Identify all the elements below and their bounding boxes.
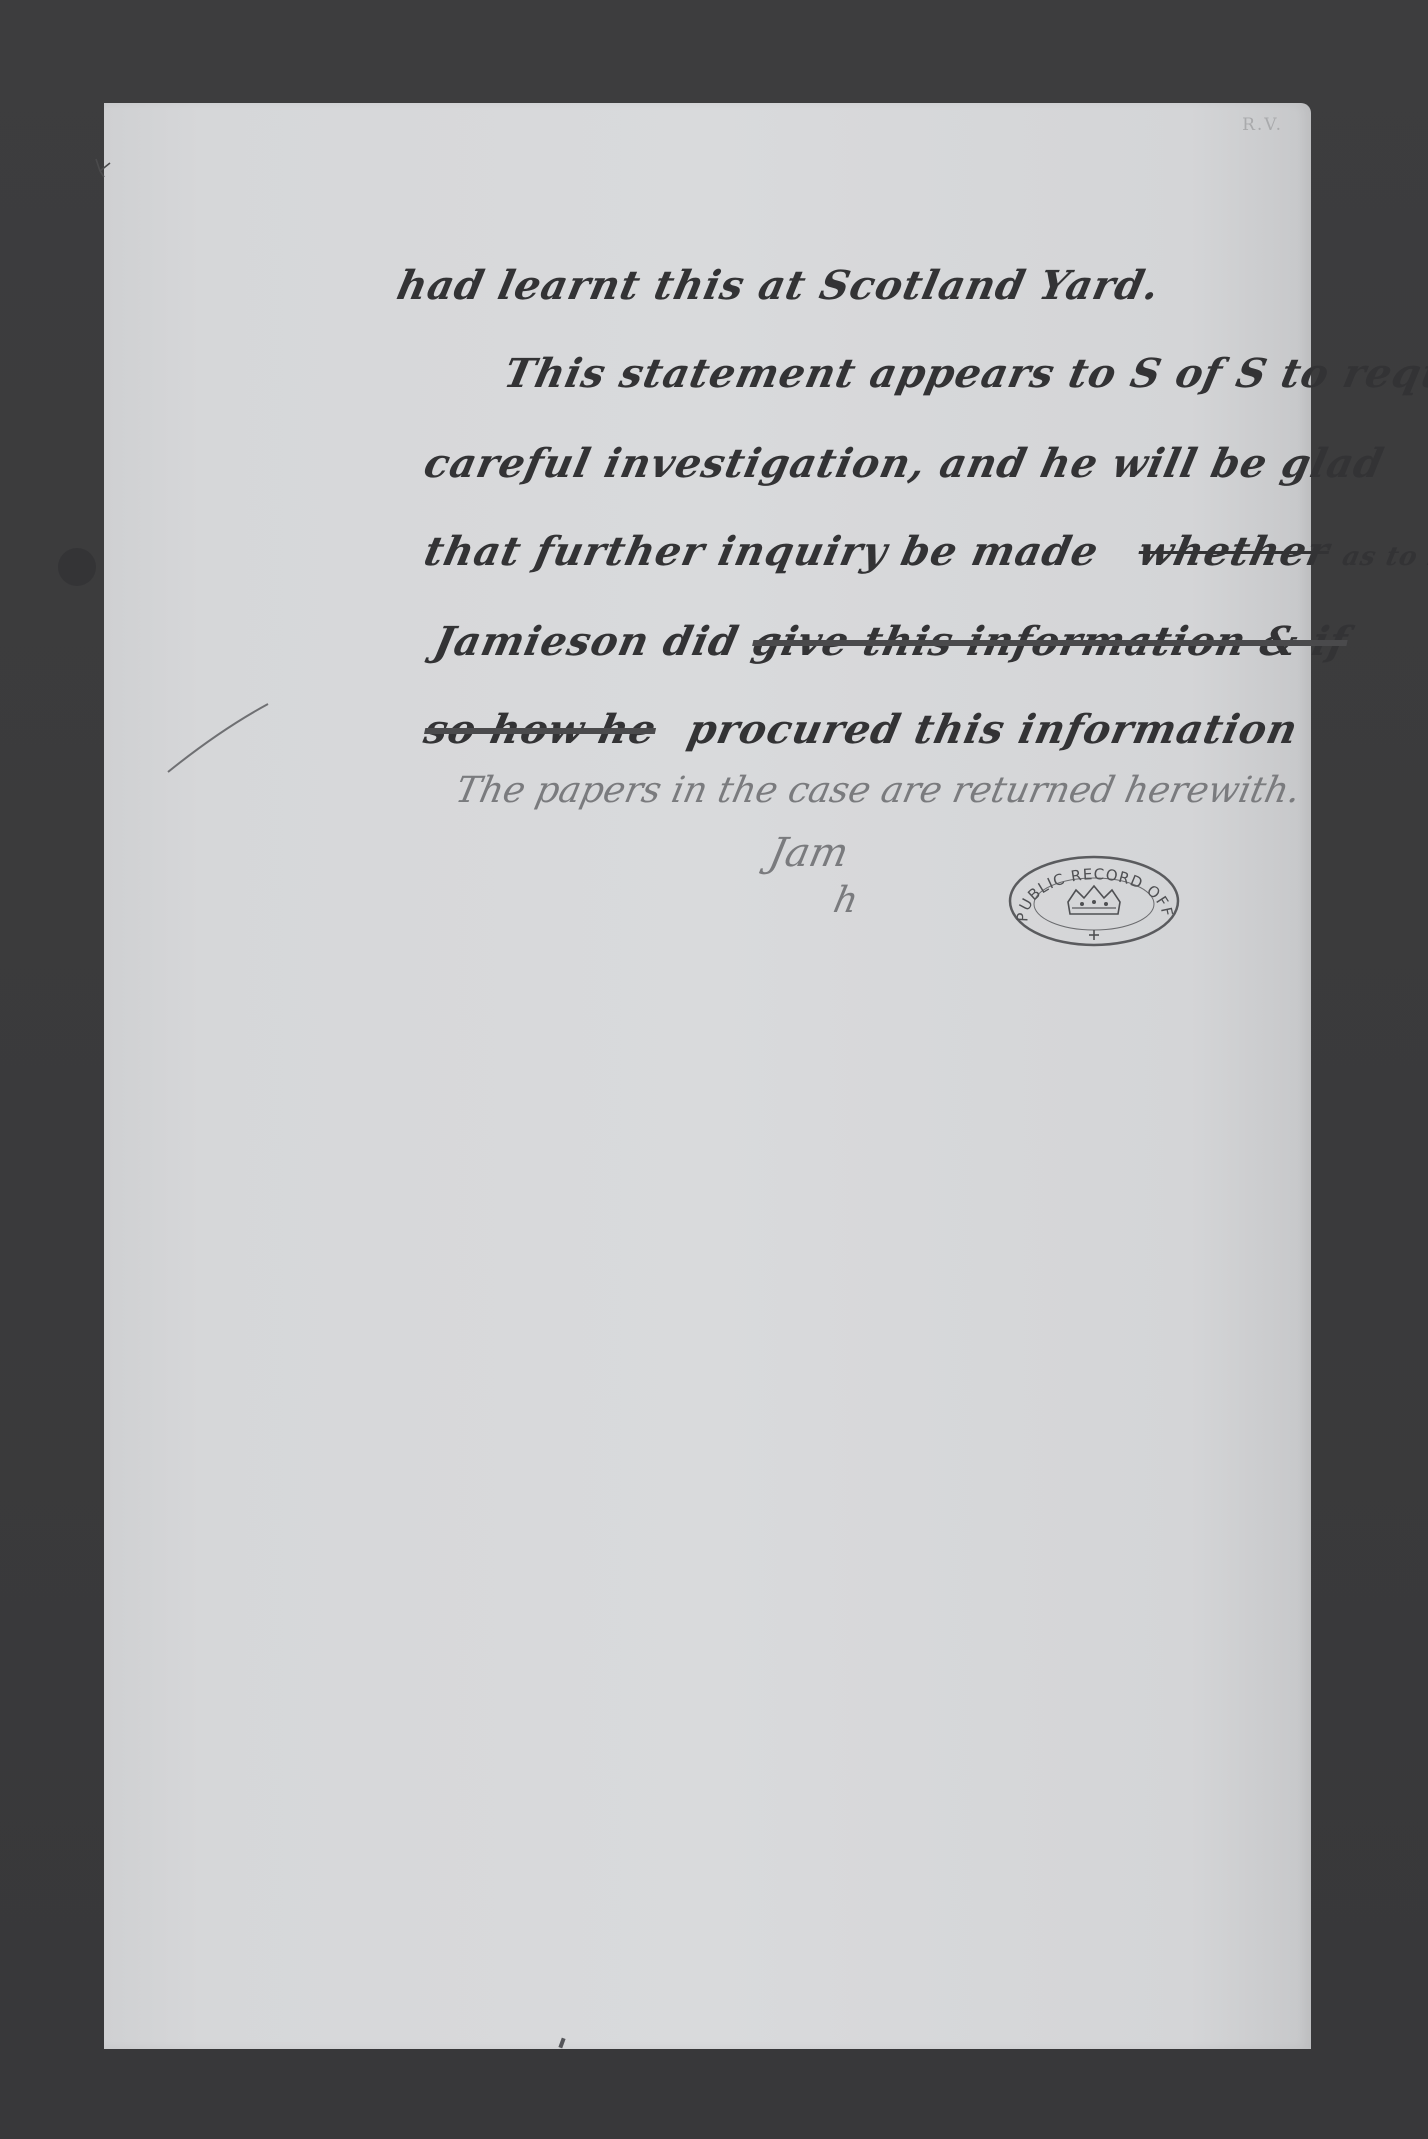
- manuscript-line-2: This statement appears to S of S to requ…: [500, 350, 1428, 397]
- line-6-text: procured this information: [684, 706, 1303, 753]
- struck-phrase-so-how-he: so how he: [420, 706, 661, 753]
- cross-mark-icon: [1089, 930, 1099, 940]
- manuscript-line-5: Jamieson did give this information & if: [430, 618, 1352, 665]
- manuscript-line-3: careful investigation, and he will be gl…: [420, 440, 1388, 487]
- inserted-as-to-how: as to how: [1340, 542, 1428, 572]
- line-4-text: that further inquiry be made: [420, 528, 1103, 575]
- margin-pencil-stroke-icon: [160, 700, 310, 800]
- paper-tear-mark-icon: [90, 155, 116, 185]
- manuscript-line-1: had learnt this at Scotland Yard.: [393, 262, 1164, 309]
- crown-icon: [1068, 886, 1120, 914]
- manuscript-line-6: so how he procured this information: [420, 706, 1302, 753]
- struck-word-whether: whether: [1134, 528, 1334, 575]
- folio-mark: R.V.: [1242, 115, 1283, 135]
- line-5-text: Jamieson did: [430, 618, 743, 665]
- public-record-office-stamp: PUBLIC RECORD OFFICE: [1006, 852, 1182, 950]
- pencil-initials-jam: Jam: [765, 830, 853, 876]
- manuscript-line-4: that further inquiry be made whether as …: [420, 528, 1428, 575]
- punch-hole: [58, 548, 96, 586]
- struck-phrase-give-this-information: give this information & if: [748, 618, 1352, 665]
- pencil-note-papers-returned: The papers in the case are returned here…: [452, 770, 1304, 811]
